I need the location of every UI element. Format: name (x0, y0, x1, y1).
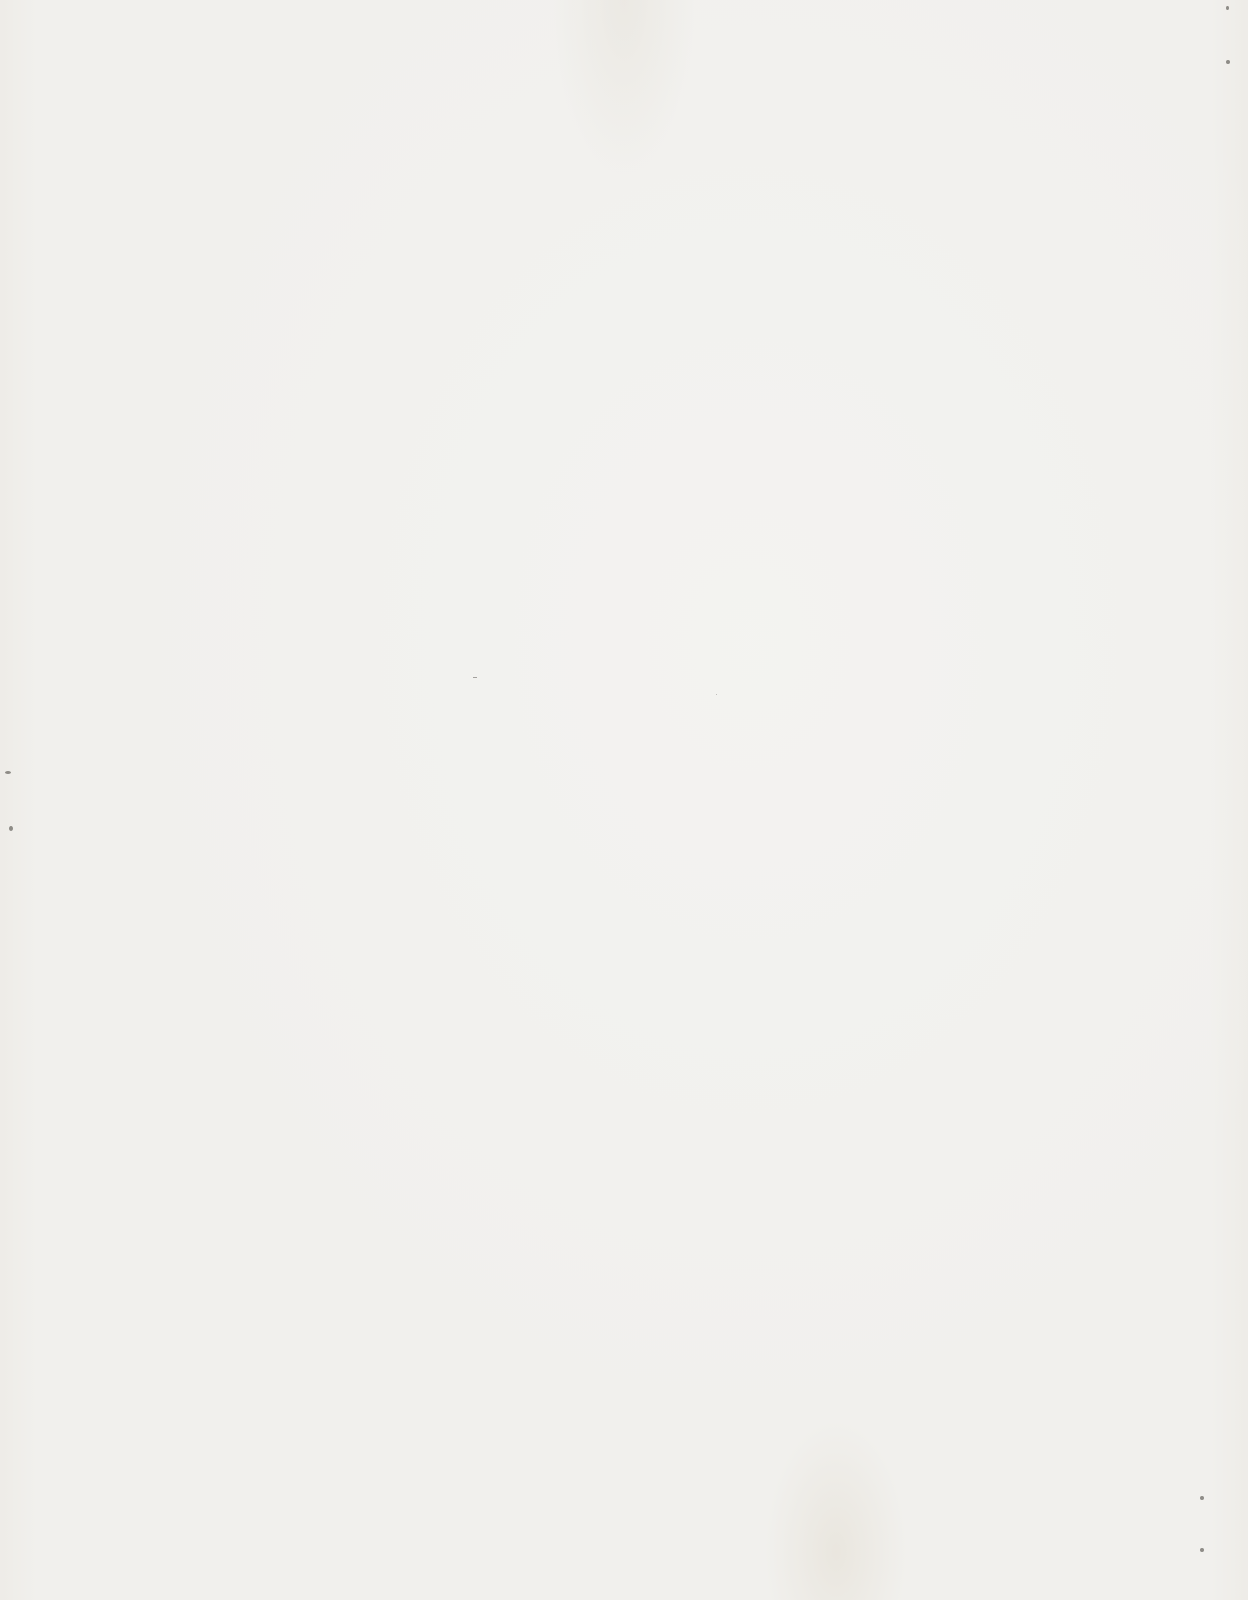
dust-speck (1226, 6, 1229, 10)
blank-page (0, 0, 1248, 1600)
dust-speck (1200, 1496, 1204, 1500)
dust-speck (9, 826, 13, 831)
dust-speck (716, 694, 717, 695)
dust-speck (1226, 60, 1230, 64)
dust-speck (473, 677, 477, 678)
dust-speck (5, 771, 11, 774)
dust-speck (1200, 1548, 1204, 1552)
